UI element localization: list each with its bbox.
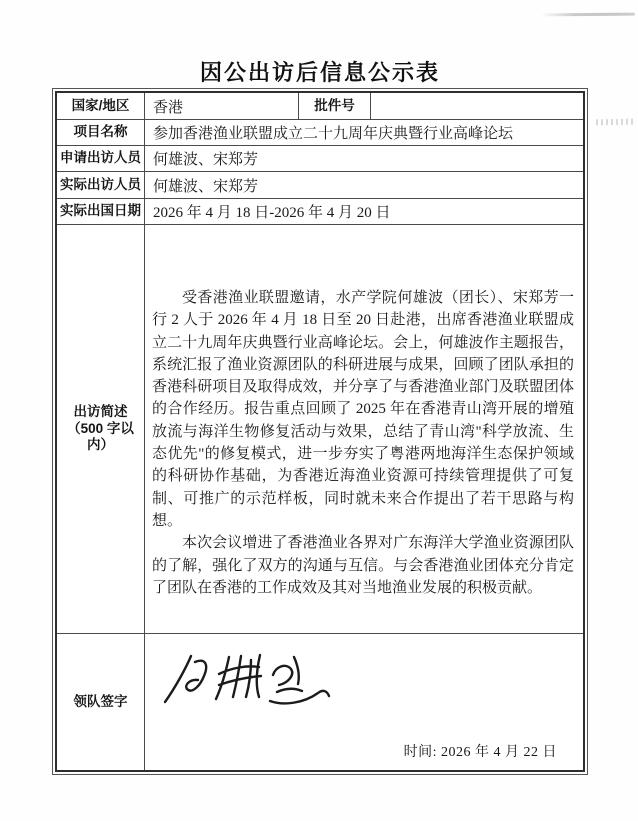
applied-personnel-label: 申请出访人员 bbox=[57, 146, 144, 171]
leader-signature-label: 领队签字 bbox=[57, 634, 144, 770]
form-table: 国家/地区 香港 批件号 项目名称 参加香港渔业联盟成立二十九周年庆典暨行业高峰… bbox=[55, 91, 585, 772]
visit-summary-text: 受香港渔业联盟邀请，水产学院何雄波（团长）、宋郑芳一行 2 人于 2026 年 … bbox=[144, 225, 583, 633]
country-label: 国家/地区 bbox=[57, 93, 144, 119]
travel-dates-value: 2026 年 4 月 18 日-2026 年 4 月 20 日 bbox=[144, 199, 583, 224]
row-visit-summary: 出访简述 （500 字以内） 受香港渔业联盟邀请，水产学院何雄波（团长）、宋郑芳… bbox=[57, 224, 583, 633]
row-project: 项目名称 参加香港渔业联盟成立二十九周年庆典暨行业高峰论坛 bbox=[57, 119, 583, 145]
country-value: 香港 bbox=[144, 93, 298, 119]
actual-personnel-value: 何雄波、宋郑芳 bbox=[144, 172, 583, 198]
sign-date: 时间: 2026 年 4 月 22 日 bbox=[404, 741, 557, 761]
approval-number-label: 批件号 bbox=[298, 93, 370, 119]
row-applied-personnel: 申请出访人员 何雄波、宋郑芳 bbox=[57, 145, 583, 171]
row-actual-personnel: 实际出访人员 何雄波、宋郑芳 bbox=[57, 171, 583, 198]
handwritten-signature bbox=[159, 644, 339, 724]
leader-signature-area: 时间: 2026 年 4 月 22 日 bbox=[144, 634, 583, 770]
row-travel-dates: 实际出国日期 2026 年 4 月 18 日-2026 年 4 月 20 日 bbox=[57, 198, 583, 224]
project-label: 项目名称 bbox=[57, 120, 144, 145]
actual-personnel-label: 实际出访人员 bbox=[57, 172, 144, 198]
row-leader-signature: 领队签字 bbox=[57, 633, 583, 770]
page-title: 因公出访后信息公示表 bbox=[55, 56, 585, 87]
project-value: 参加香港渔业联盟成立二十九周年庆典暨行业高峰论坛 bbox=[144, 120, 583, 145]
document-page: 因公出访后信息公示表 国家/地区 香港 批件号 项目名称 参加香港渔业联盟成立二… bbox=[0, 0, 638, 821]
visit-summary-label-line1: 出访简述 bbox=[58, 404, 143, 421]
row-country: 国家/地区 香港 批件号 bbox=[57, 93, 583, 119]
visit-summary-label: 出访简述 （500 字以内） bbox=[57, 225, 144, 633]
summary-paragraph-2: 本次会议增进了香港渔业各界对广东海洋大学渔业资源团队的了解，强化了双方的沟通与互… bbox=[152, 532, 574, 599]
scan-artifact-noise bbox=[596, 119, 634, 126]
summary-paragraph-1: 受香港渔业联盟邀请，水产学院何雄波（团长）、宋郑芳一行 2 人于 2026 年 … bbox=[152, 287, 574, 532]
travel-dates-label: 实际出国日期 bbox=[57, 199, 144, 224]
scan-artifact-streak bbox=[541, 13, 635, 17]
applied-personnel-value: 何雄波、宋郑芳 bbox=[144, 146, 583, 171]
approval-number-value bbox=[370, 93, 583, 119]
visit-summary-label-line2: （500 字以内） bbox=[58, 421, 143, 455]
